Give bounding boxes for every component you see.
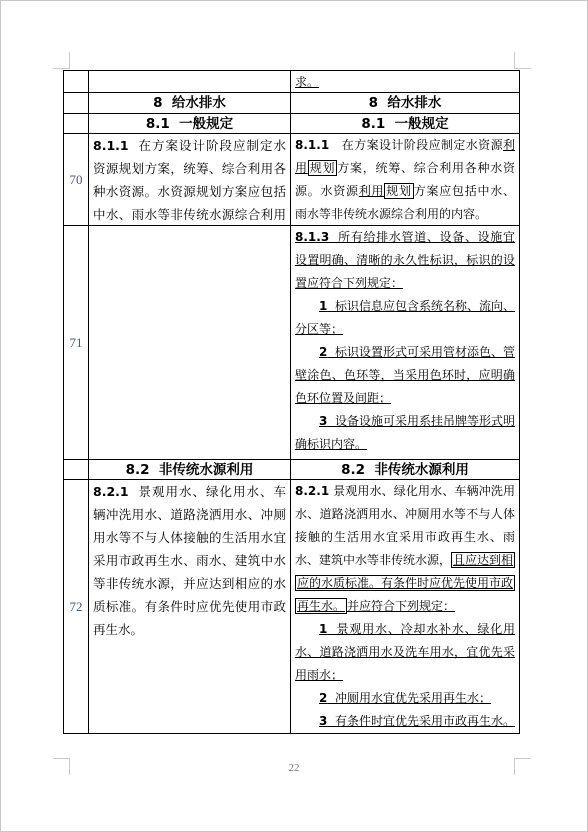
text-segment: 8 给水排水 [153,95,226,111]
comparison-table: 求。8 给水排水8 给水排水8.1 一般规定8.1 一般规定708.1.1 在方… [63,70,520,734]
paragraph: 2 冲厕用水宜优先采用再生水； [295,687,515,710]
boxed-text: 规划 [384,183,414,199]
paragraph: 3 设备设施可采用系挂吊牌等形式明确标识内容。 [295,410,515,456]
text-segment: 8.1.1 [93,138,129,153]
paragraph: 8.2 非传统水源利用 [341,460,469,479]
right-version-cell: 8.1.1 在方案设计阶段应制定水资源利用规划方案，统筹、综合利用各种水资源。水… [291,134,520,226]
row-71: 718.1.3 所有给排水管道、设备、设施宜设置明确、清晰的永久性标识，标识的设… [64,226,520,460]
text-segment: 8.2.1 [295,484,329,498]
paragraph: 8.2.1 景观用水、绿化用水、车辆冲洗用水、道路浇洒用水、冲厕用水等不与人体接… [93,480,286,641]
row-number-cell [64,93,89,114]
paragraph: 8.2.1 景观用水、绿化用水、车辆冲洗用水、道路浇洒用水、冲厕用水等不与人体接… [295,480,515,618]
paragraph: 8.1 一般规定 [361,114,448,133]
underlined-text: 8.1.3 [295,230,329,244]
left-version-cell: 8.2.1 景观用水、绿化用水、车辆冲洗用水、道路浇洒用水、冲厕用水等不与人体接… [89,480,291,734]
text-segment: 8.2 非传统水源利用 [341,462,469,478]
crop-mark-top-left [53,52,70,69]
paragraph: 8.1.3 所有给排水管道、设备、设施宜设置明确、清晰的永久性标识，标识的设置应… [295,226,515,295]
row-72: 728.2.1 景观用水、绿化用水、车辆冲洗用水、道路浇洒用水、冲厕用水等不与人… [64,480,520,734]
text-segment: 景观用水、绿化用水、车辆冲洗用水、道路浇洒用水、冲厕用水等不与人体接触的生活用水… [93,484,286,637]
left-version-cell: 8.1 一般规定 [89,114,291,134]
paragraph: 8 给水排水 [369,93,442,113]
page-number: 22 [0,762,588,774]
text-segment: 在方案设计阶段应制定水资源 [329,138,503,152]
right-version-cell: 8 给水排水 [291,93,520,114]
text-segment: 8.1 一般规定 [361,116,448,132]
row-number-cell: 72 [64,480,89,734]
text-segment: 8.2.1 [93,484,129,499]
row-number-cell [64,460,89,480]
text-segment: 8.2 非传统水源利用 [126,462,254,478]
paragraph: 8 给水排水 [153,93,226,113]
underlined-text: 景观用水、冷却水补水、绿化用水、道路浇洒用水及洗车用水，宜优先采用雨水； [295,622,515,682]
underlined-text: 求。 [295,75,319,89]
crop-mark-top-right [514,52,531,69]
paragraph: 8.1.1 在方案设计阶段应制定水资源规划方案，统筹、综合利用各种水资源。水资源… [93,134,286,225]
underlined-text: 冲厕用水宜优先采用再生水； [327,691,491,705]
row-chapter-8-header: 8 给水排水8 给水排水 [64,93,520,114]
paragraph: 8.1 一般规定 [146,114,233,133]
boxed-text: 规划 [308,160,338,176]
comparison-table-body: 求。8 给水排水8 给水排水8.1 一般规定8.1 一般规定708.1.1 在方… [64,71,520,734]
right-version-cell: 8.1.3 所有给排水管道、设备、设施宜设置明确、清晰的永久性标识，标识的设置应… [291,226,520,460]
text-segment: 8.1 一般规定 [146,116,233,132]
paragraph: 2 标识设置形式可采用管材添色、管壁涂色、色环等，当采用色环时，应明确色环位置及… [295,341,515,410]
row-section-8-2-header: 8.2 非传统水源利用8.2 非传统水源利用 [64,460,520,480]
paragraph: 8.1.1 在方案设计阶段应制定水资源利用规划方案，统筹、综合利用各种水资源。水… [295,134,515,225]
right-version-cell: 求。 [291,71,520,93]
left-version-cell: 8 给水排水 [89,93,291,114]
paragraph: 3 有条件时宜优先采用市政再生水。 [295,710,515,733]
text-segment: 8 给水排水 [369,95,442,111]
row-section-8-1-header: 8.1 一般规定8.1 一般规定 [64,114,520,134]
right-version-cell: 8.2.1 景观用水、绿化用水、车辆冲洗用水、道路浇洒用水、冲厕用水等不与人体接… [291,480,520,734]
underlined-text: 设备设施可采用系挂吊牌等形式明确标识内容。 [295,414,515,451]
paragraph: 1 景观用水、冷却水补水、绿化用水、道路浇洒用水及洗车用水，宜优先采用雨水； [295,618,515,687]
paragraph: 1 标识信息应包含系统名称、流向、分区等； [295,295,515,341]
right-version-cell: 8.1 一般规定 [291,114,520,134]
left-version-cell: 8.2 非传统水源利用 [89,460,291,480]
row-70: 708.1.1 在方案设计阶段应制定水资源规划方案，统筹、综合利用各种水资源。水… [64,134,520,226]
left-version-cell: 8.1.1 在方案设计阶段应制定水资源规划方案，统筹、综合利用各种水资源。水资源… [89,134,291,226]
underlined-text: 有条件时宜优先采用市政再生水。 [327,714,515,728]
underlined-text: 标识设置形式可采用管材添色、管壁涂色、色环等，当采用色环时，应明确色环位置及间距… [295,345,515,405]
row-number-cell [64,114,89,134]
underlined-text: 并应符合下列规定： [347,599,455,613]
row-continuation: 求。 [64,71,520,93]
paragraph: 8.2 非传统水源利用 [126,460,254,479]
row-number-cell [64,71,89,93]
left-version-cell [89,226,291,460]
underlined-text: 标识信息应包含系统名称、流向、分区等； [295,299,515,336]
text-segment: 8.1.1 [295,138,329,152]
row-number-cell: 70 [64,134,89,226]
right-version-cell: 8.2 非传统水源利用 [291,460,520,480]
paragraph: 求。 [295,71,515,92]
row-number-cell: 71 [64,226,89,460]
document-page: { "page": { "number": "22" }, "colors": … [0,0,588,832]
underlined-text: 利用 [359,184,385,198]
left-version-cell [89,71,291,93]
